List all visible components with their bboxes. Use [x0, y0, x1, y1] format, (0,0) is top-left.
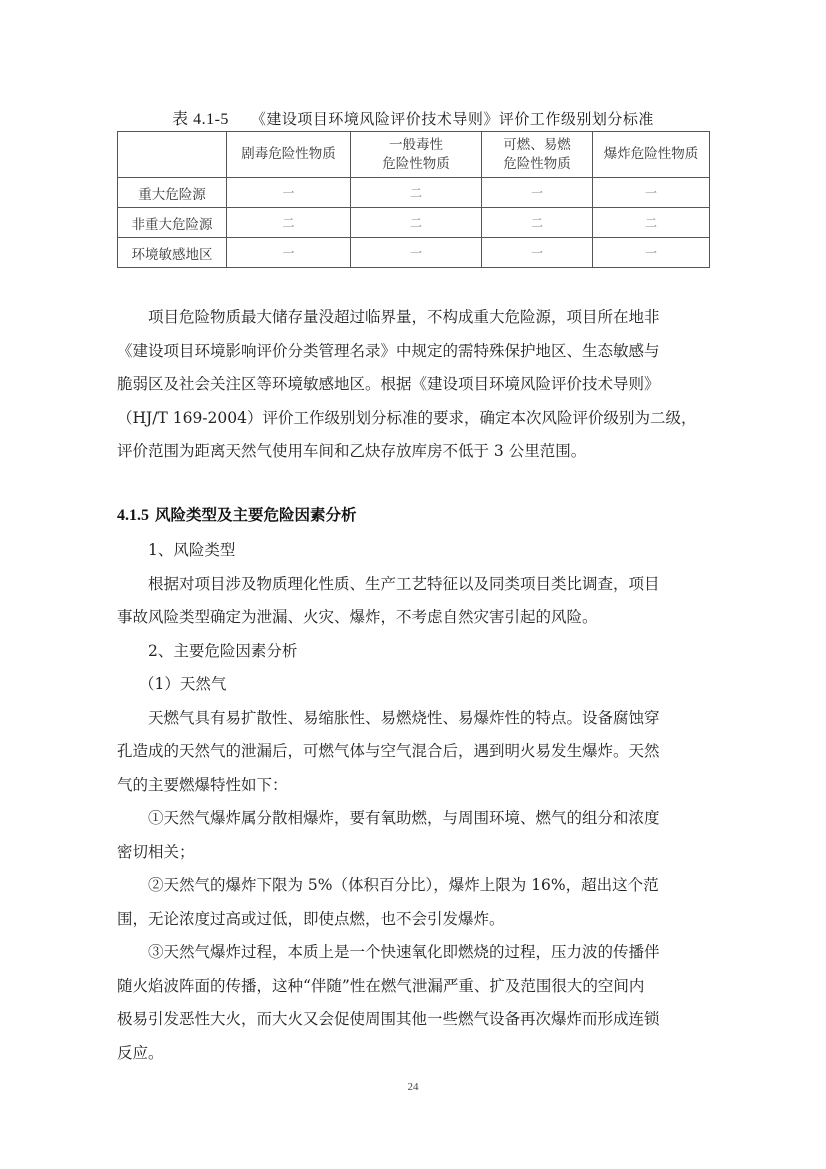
- paragraph-risk-grade: 项目危险物质最大储存量没超过临界量，不构成重大危险源，项目所在地非 《建设项目环…: [117, 301, 711, 469]
- table-cell: 二: [482, 208, 593, 238]
- row-label: 环境敏感地区: [118, 238, 227, 268]
- header-cell-empty: [118, 132, 227, 178]
- header-cell: 一般毒性危险性物质: [351, 132, 482, 178]
- table-cell: 二: [593, 208, 710, 238]
- section-body: 1、风险类型 根据对项目涉及物质理化性质、生产工艺特征以及同类项目类比调查，项目…: [117, 534, 711, 1070]
- table-cell: 二: [351, 208, 482, 238]
- text-line: ①天然气爆炸属分散相爆炸，要有氧助燃，与周围环境、燃气的组分和浓度: [117, 802, 711, 836]
- text-line: 脆弱区及社会关注区等环境敏感地区。根据《建设项目环境风险评价技术导则》: [117, 368, 711, 402]
- header-cell: 可燃、易燃危险性物质: [482, 132, 593, 178]
- text-line: 气的主要燃爆特性如下：: [117, 769, 711, 803]
- text-line: 评价范围为距离天然气使用车间和乙炔存放库房不低于 3 公里范围。: [117, 435, 711, 469]
- section-title: 风险类型及主要危险因素分析: [155, 506, 357, 524]
- text-line: 《建设项目环境影响评价分类管理名录》中规定的需特殊保护地区、生态敏感与: [117, 335, 711, 369]
- text-line: 反应。: [117, 1037, 711, 1071]
- text-line: （HJ/T 169-2004）评价工作级别划分标准的要求，确定本次风险评价级别为…: [117, 402, 711, 436]
- subheading-risk-type: 1、风险类型: [117, 534, 711, 568]
- page-number: 24: [0, 1081, 826, 1093]
- row-label: 非重大危险源: [118, 208, 227, 238]
- text-line: 根据对项目涉及物质理化性质、生产工艺特征以及同类项目类比调查，项目: [117, 568, 711, 602]
- table-row: 重大危险源 一 二 一 一: [118, 178, 710, 208]
- table-cell: 一: [593, 238, 710, 268]
- text-line: 项目危险物质最大储存量没超过临界量，不构成重大危险源，项目所在地非: [117, 301, 711, 335]
- row-label: 重大危险源: [118, 178, 227, 208]
- header-cell: 剧毒危险性物质: [227, 132, 351, 178]
- text-line: 事故风险类型确定为泄漏、火灾、爆炸，不考虑自然灾害引起的风险。: [117, 601, 711, 635]
- text-line: ③天然气爆炸过程，本质上是一个快速氧化即燃烧的过程，压力波的传播伴: [117, 936, 711, 970]
- section-number: 4.1.5: [117, 507, 149, 524]
- table-row: 非重大危险源 二 二 二 二: [118, 208, 710, 238]
- text-line: 密切相关；: [117, 836, 711, 870]
- subheading-natural-gas: （1）天然气: [117, 668, 711, 702]
- table-caption: 表 4.1-5《建设项目环境风险评价技术导则》评价工作级别划分标准: [0, 106, 826, 129]
- section-heading: 4.1.5风险类型及主要危险因素分析: [117, 503, 357, 525]
- subheading-hazard-factors: 2、主要危险因素分析: [117, 635, 711, 669]
- table-number: 表 4.1-5: [172, 111, 229, 128]
- table-cell: 二: [351, 178, 482, 208]
- table-cell: 一: [482, 178, 593, 208]
- table-cell: 一: [482, 238, 593, 268]
- table-row: 环境敏感地区 一 一 一 一: [118, 238, 710, 268]
- text-line: ②天然气的爆炸下限为 5%（体积百分比），爆炸上限为 16%，超出这个范: [117, 869, 711, 903]
- table-cell: 一: [593, 178, 710, 208]
- table-cell: 二: [227, 208, 351, 238]
- table-cell: 一: [227, 178, 351, 208]
- table-title: 《建设项目环境风险评价技术导则》评价工作级别划分标准: [251, 110, 654, 128]
- table-cell: 一: [227, 238, 351, 268]
- table-header-row: 剧毒危险性物质 一般毒性危险性物质 可燃、易燃危险性物质 爆炸危险性物质: [118, 132, 710, 178]
- text-line: 极易引发恶性大火，而大火又会促使周围其他一些燃气设备再次爆炸而形成连锁: [117, 1003, 711, 1037]
- text-line: 随火焰波阵面的传播，这种“伴随”性在燃气泄漏严重、扩及范围很大的空间内: [117, 970, 711, 1004]
- text-line: 天燃气具有易扩散性、易缩胀性、易燃烧性、易爆炸性的特点。设备腐蚀穿: [117, 702, 711, 736]
- table-cell: 一: [351, 238, 482, 268]
- header-cell: 爆炸危险性物质: [593, 132, 710, 178]
- text-line: 孔造成的天然气的泄漏后，可燃气体与空气混合后，遇到明火易发生爆炸。天然: [117, 735, 711, 769]
- text-line: 围，无论浓度过高或过低，即使点燃，也不会引发爆炸。: [117, 903, 711, 937]
- evaluation-grade-table: 剧毒危险性物质 一般毒性危险性物质 可燃、易燃危险性物质 爆炸危险性物质 重大危…: [117, 131, 710, 268]
